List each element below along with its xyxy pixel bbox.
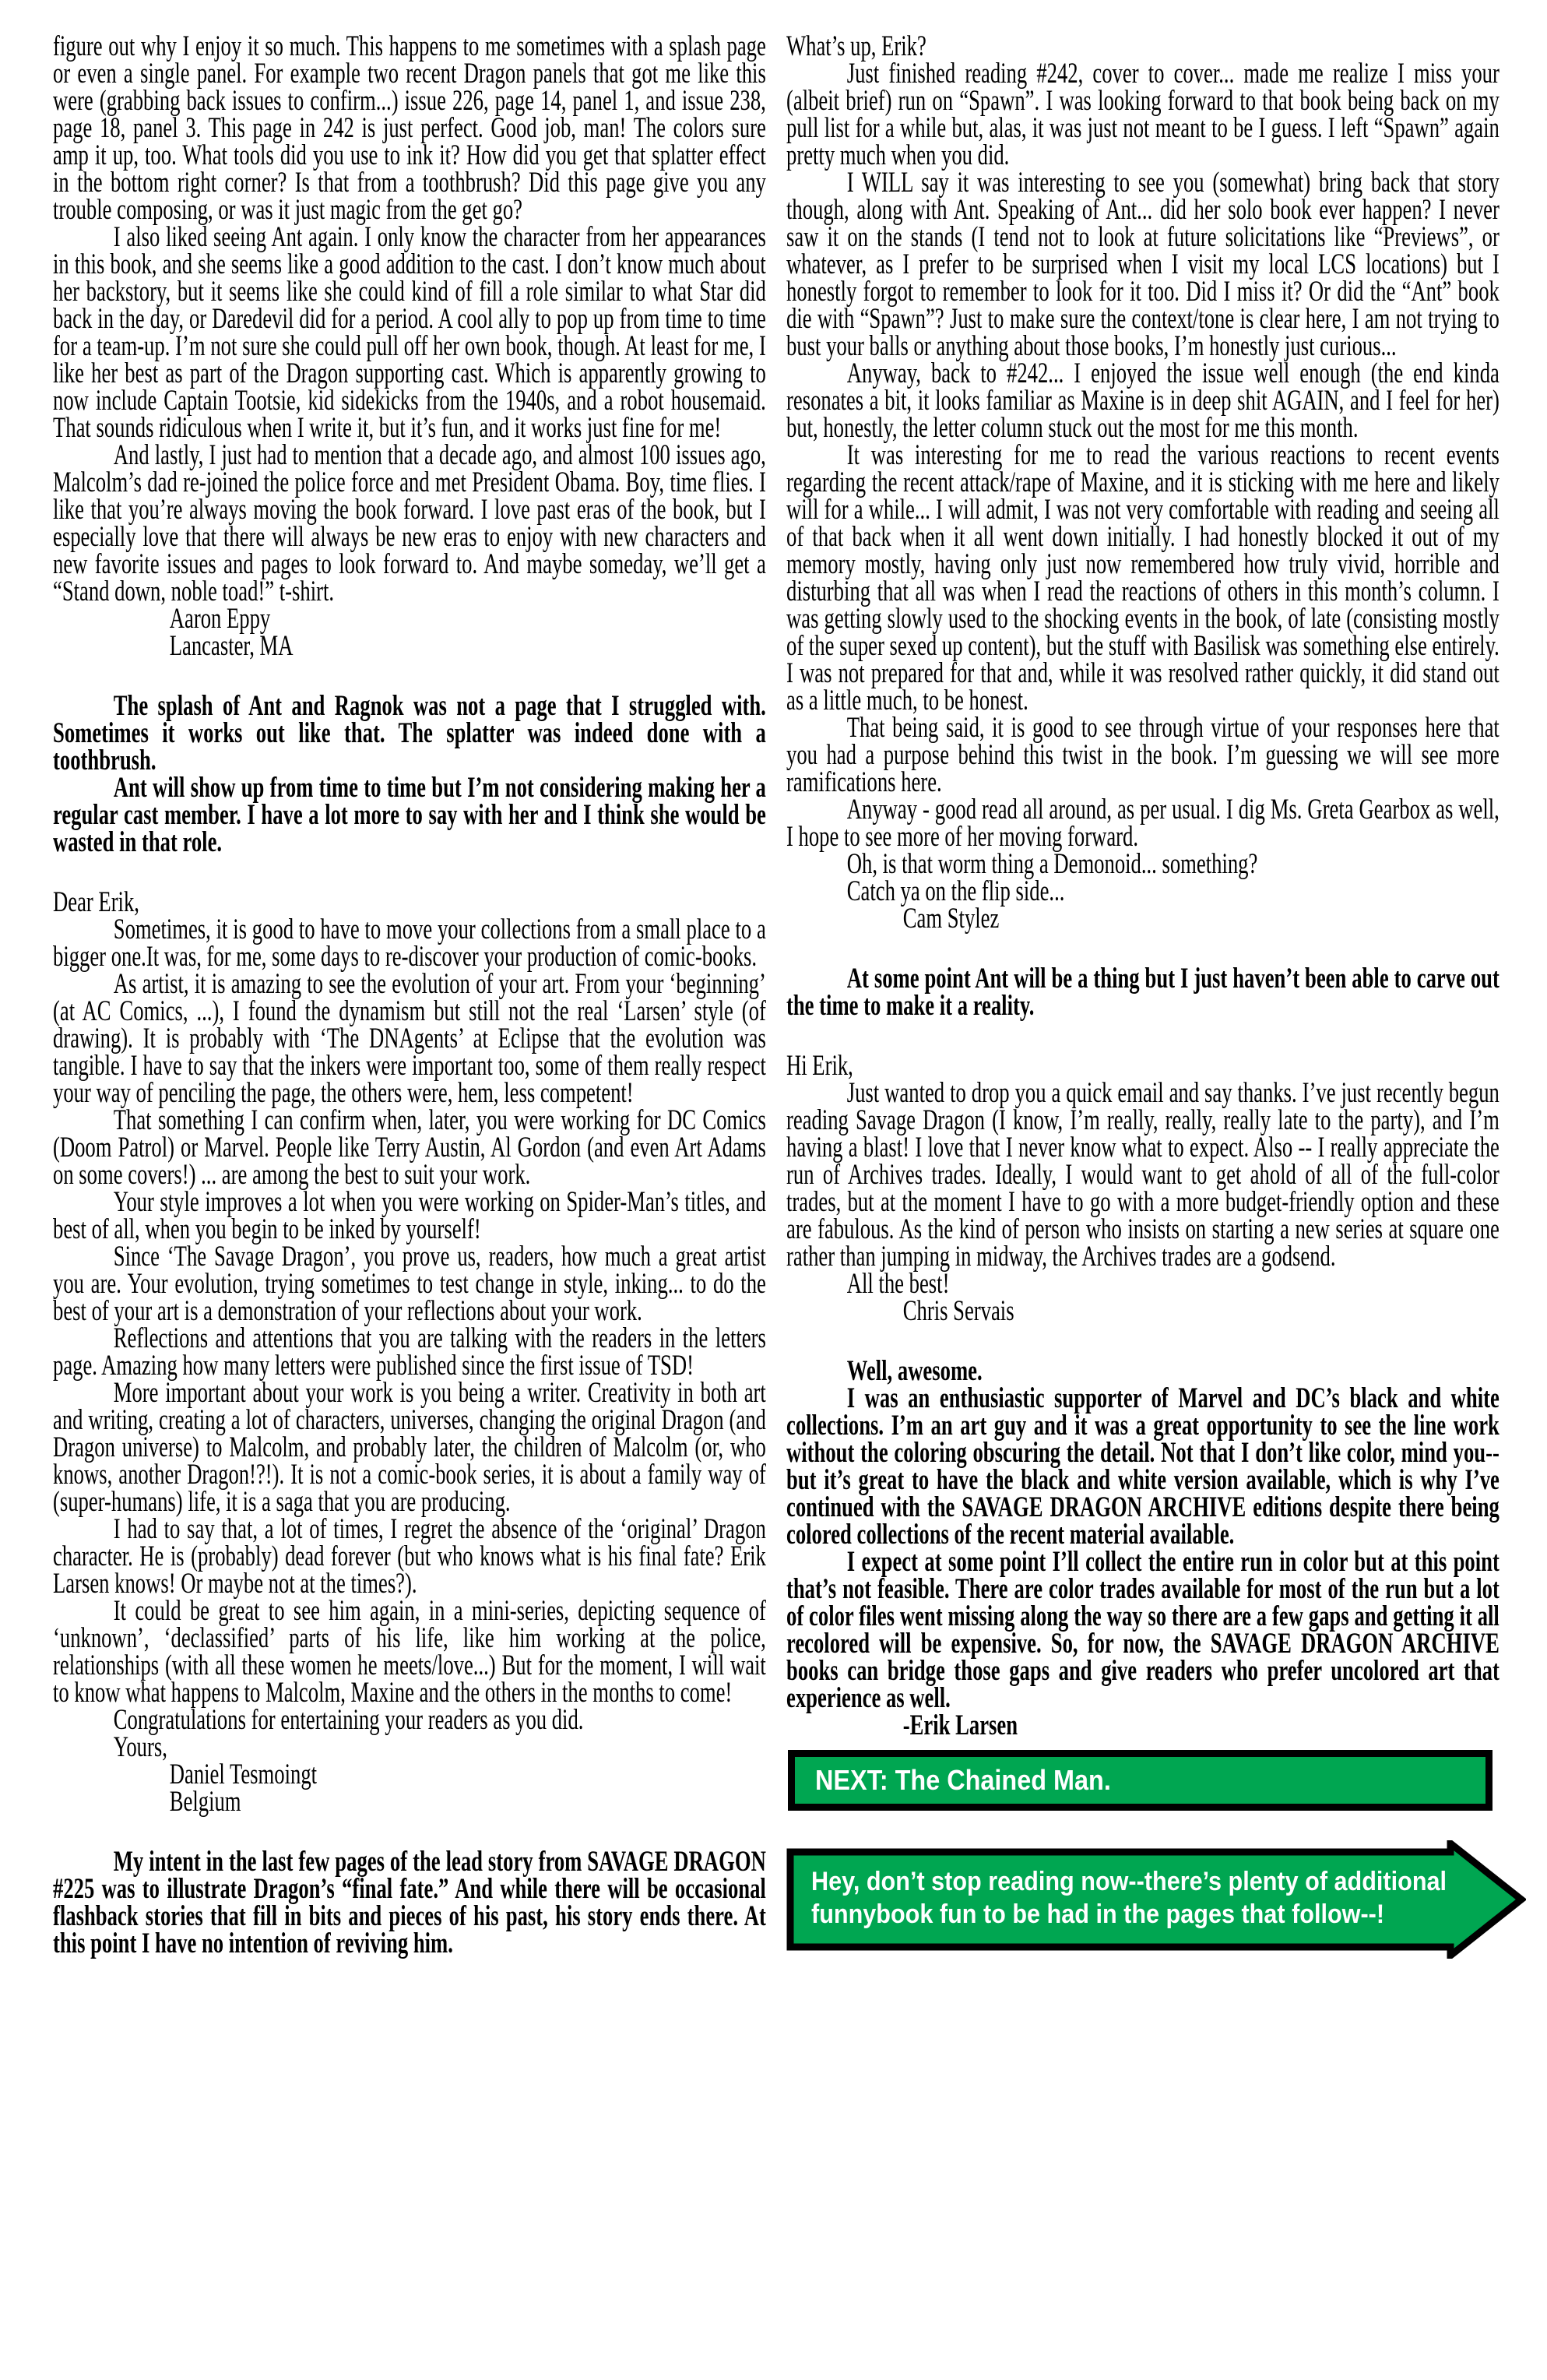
editor-response-paragraph: I expect at some point I’ll collect the … [786, 1548, 1500, 1712]
letter-paragraph: And lastly, I just had to mention that a… [53, 442, 766, 605]
signature-line: Daniel Tesmoingt [53, 1761, 766, 1788]
letter-paragraph: More important about your work is you be… [53, 1379, 766, 1516]
letter-paragraph: Hi Erik, [786, 1052, 1500, 1079]
letter-paragraph: Anyway, back to #242... I enjoyed the is… [786, 360, 1500, 442]
letter-paragraph: Since ‘The Savage Dragon’, you prove us,… [53, 1243, 766, 1325]
editor-response-paragraph: Well, awesome. [786, 1357, 1500, 1385]
letter-paragraph: I also liked seeing Ant again. I only kn… [53, 224, 766, 442]
right-column-text: What’s up, Erik?Just finished reading #2… [786, 33, 1500, 1739]
letter-paragraph: figure out why I enjoy it so much. This … [53, 33, 766, 224]
letter-paragraph: Dear Erik, [53, 889, 766, 916]
letter-paragraph: Catch ya on the flip side... [786, 878, 1500, 905]
letter-paragraph: Anyway - good read all around, as per us… [786, 796, 1500, 850]
editor-response-paragraph: At some point Ant will be a thing but I … [786, 965, 1500, 1019]
arrow-banner-line2: funnybook fun to be had in the pages tha… [811, 1898, 1447, 1931]
editor-response-paragraph: My intent in the last few pages of the l… [53, 1848, 766, 1957]
letter-paragraph: Just wanted to drop you a quick email an… [786, 1079, 1500, 1270]
signature-line: Belgium [53, 1788, 766, 1815]
letter-paragraph: It could be great to see him again, in a… [53, 1597, 766, 1706]
letter-paragraph: Your style improves a lot when you were … [53, 1188, 766, 1243]
continue-arrow-banner: Hey, don’t stop reading now--there’s ple… [786, 1840, 1526, 1959]
letter-paragraph: I had to say that, a lot of times, I reg… [53, 1516, 766, 1597]
editor-response-paragraph: The splash of Ant and Ragnok was not a p… [53, 692, 766, 774]
next-banner-label: NEXT: The Chained Man. [815, 1766, 1111, 1794]
letter-paragraph: Sometimes, it is good to have to move yo… [53, 916, 766, 970]
signature-line: Chris Servais [786, 1297, 1500, 1325]
arrow-banner-label: Hey, don’t stop reading now--there’s ple… [811, 1865, 1447, 1931]
letter-paragraph: Just finished reading #242, cover to cov… [786, 60, 1500, 169]
signature-line: Lancaster, MA [53, 632, 766, 660]
letter-paragraph: All the best! [786, 1270, 1500, 1297]
signature-line: Cam Stylez [786, 905, 1500, 932]
letter-paragraph: What’s up, Erik? [786, 33, 1500, 60]
letter-paragraph: I WILL say it was interesting to see you… [786, 169, 1500, 360]
letter-paragraph: Yours, [53, 1734, 766, 1761]
signature-line: -Erik Larsen [786, 1712, 1500, 1739]
left-column-text: figure out why I enjoy it so much. This … [53, 33, 766, 1957]
letter-paragraph: As artist, it is amazing to see the evol… [53, 970, 766, 1107]
right-column: What’s up, Erik?Just finished reading #2… [786, 33, 1503, 1959]
arrow-banner-line1: Hey, don’t stop reading now--there’s ple… [811, 1865, 1447, 1898]
letter-paragraph: That being said, it is good to see throu… [786, 714, 1500, 796]
editor-response-paragraph: I was an enthusiastic supporter of Marve… [786, 1385, 1500, 1548]
letters-page: figure out why I enjoy it so much. This … [0, 0, 1547, 2380]
signature-line: Aaron Eppy [53, 605, 766, 632]
letter-paragraph: Oh, is that worm thing a Demonoid... som… [786, 850, 1500, 878]
left-column: figure out why I enjoy it so much. This … [53, 33, 769, 1957]
letter-paragraph: Congratulations for entertaining your re… [53, 1706, 766, 1734]
letter-paragraph: It was interesting for me to read the va… [786, 442, 1500, 714]
editor-response-paragraph: Ant will show up from time to time but I… [53, 774, 766, 856]
letter-paragraph: That something I can confirm when, later… [53, 1107, 766, 1188]
letter-paragraph: Reflections and attentions that you are … [53, 1325, 766, 1379]
next-issue-banner: NEXT: The Chained Man. [788, 1750, 1493, 1811]
